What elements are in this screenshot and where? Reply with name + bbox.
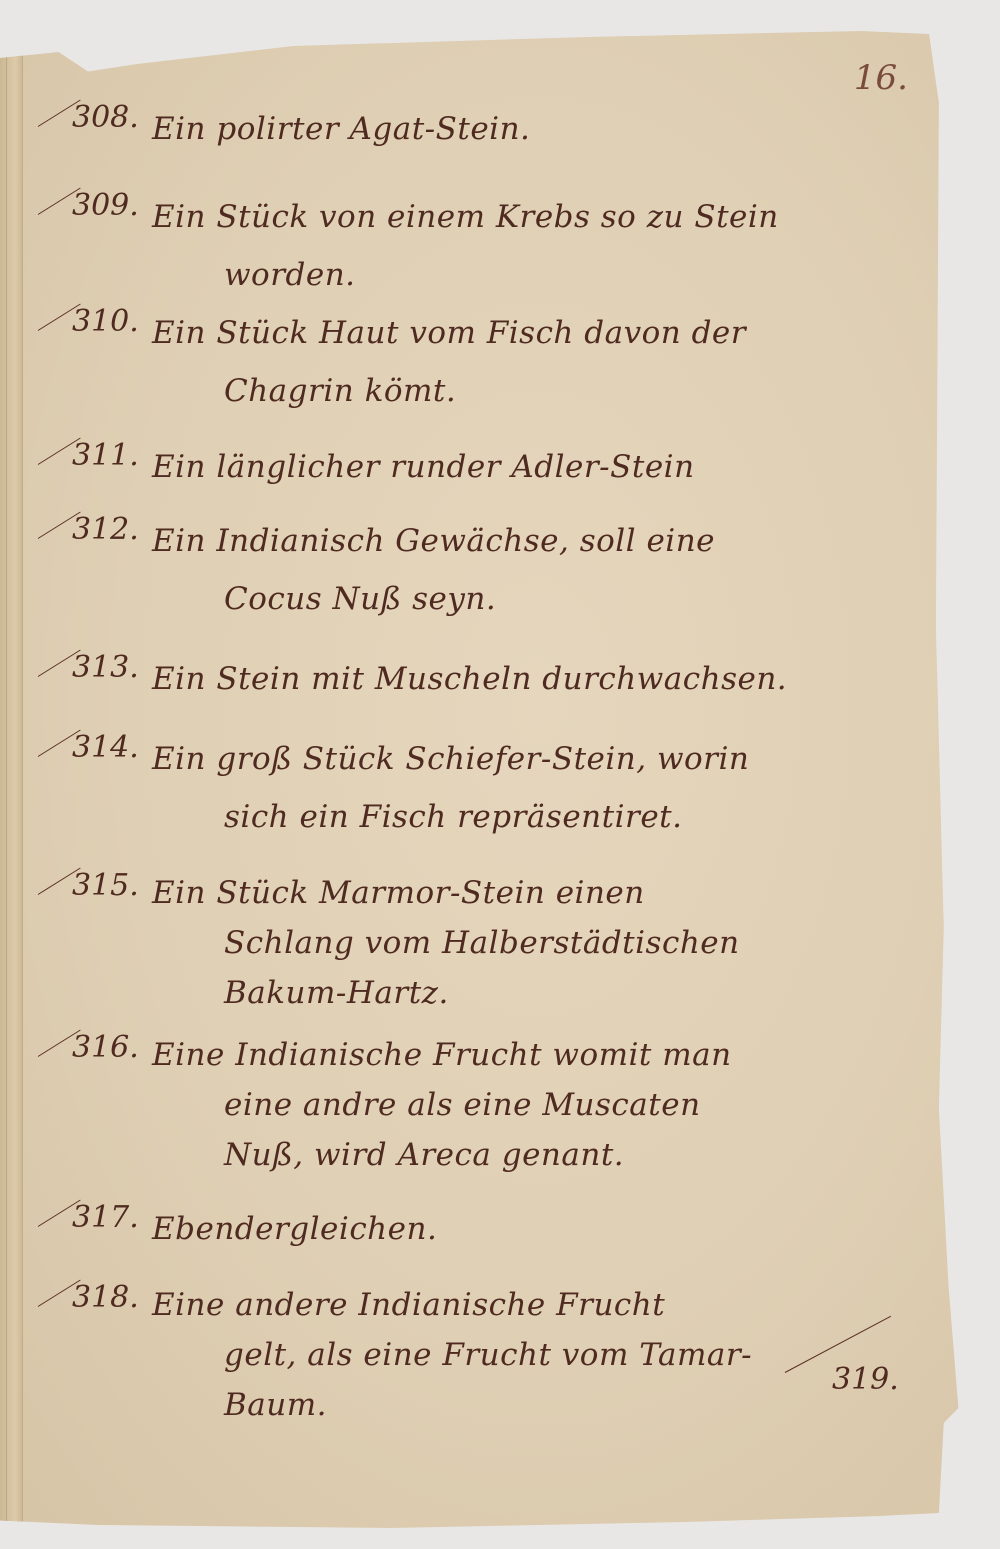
entry-line: Ein polirter Agat-Stein. [152,111,530,147]
entry-text: Ein Stück Haut vom Fisch davon der Chagr… [152,304,932,420]
entry-line: Ebendergleichen. [152,1211,437,1247]
entry-line: Ein Stück von einem Krebs so zu Stein [152,199,779,235]
entry-line: Ein länglicher runder Adler-Stein [152,449,695,485]
entry-317: 317. Ebendergleichen. [72,1200,932,1280]
entry-311: 311. Ein länglicher runder Adler-Stein [72,438,932,512]
entry-line: Ein Stück Marmor-Stein einen [152,875,645,911]
entry-line: Nuß, wird Areca genant. [152,1130,932,1180]
page-number: 16. [854,58,908,98]
entry-number: 311. [72,438,147,473]
fold-line [6,28,7,1528]
entry-text: Ebendergleichen. [152,1200,932,1258]
entry-text: Ein Stück von einem Krebs so zu Stein wo… [152,188,932,304]
entry-text: Ein polirter Agat-Stein. [152,100,932,158]
entry-315: 315. Ein Stück Marmor-Stein einen Schlan… [72,868,932,1030]
entry-310: 310. Ein Stück Haut vom Fisch davon der … [72,304,932,438]
entry-text: Ein länglicher runder Adler-Stein [152,438,932,496]
entry-number: 308. [72,100,147,135]
entry-line: Baum. [152,1380,932,1430]
entry-text: Ein Stein mit Muscheln durchwachsen. [152,650,932,708]
entry-number: 314. [72,730,147,765]
entry-line: Ein Indianisch Gewächse, soll eine [152,523,715,559]
entry-number: 315. [72,868,147,903]
entry-number: 310. [72,304,147,339]
entry-312: 312. Ein Indianisch Gewächse, soll eine … [72,512,932,650]
entry-line: worden. [152,246,932,304]
entry-line: Ein groß Stück Schiefer-Stein, worin [152,741,749,777]
entry-line: Ein Stein mit Muscheln durchwachsen. [152,661,787,697]
entry-number: 312. [72,512,147,547]
entry-line: Schlang vom Halberstädtischen [152,918,932,968]
entry-318: 318. Eine andere Indianische Frucht gelt… [72,1280,932,1440]
entry-line: Eine andere Indianische Frucht [152,1287,665,1323]
entry-number: 313. [72,650,147,685]
entry-number: 316. [72,1030,147,1065]
entry-list: 308. Ein polirter Agat-Stein. 309. Ein S… [72,100,932,1440]
entry-line: Ein Stück Haut vom Fisch davon der [152,315,746,351]
entry-314: 314. Ein groß Stück Schiefer-Stein, wori… [72,730,932,868]
entry-text: Ein groß Stück Schiefer-Stein, worin sic… [152,730,932,846]
entry-line: eine andre als eine Muscaten [152,1080,932,1130]
entry-309: 309. Ein Stück von einem Krebs so zu Ste… [72,188,932,304]
entry-number: 309. [72,188,147,223]
entry-number: 317. [72,1200,147,1235]
entry-number: 318. [72,1280,147,1315]
entry-line: sich ein Fisch repräsentiret. [152,788,932,846]
entry-308: 308. Ein polirter Agat-Stein. [72,100,932,188]
entry-text: Ein Stück Marmor-Stein einen Schlang vom… [152,868,932,1018]
entry-line: Bakum-Hartz. [152,968,932,1018]
entry-text: Eine Indianische Frucht womit man eine a… [152,1030,932,1180]
entry-313: 313. Ein Stein mit Muscheln durchwachsen… [72,650,932,730]
entry-line: Eine Indianische Frucht womit man [152,1037,732,1073]
binding-gutter [0,28,23,1528]
catchword-next-entry: 319. [832,1362,899,1397]
entry-line: Chagrin kömt. [152,362,932,420]
entry-316: 316. Eine Indianische Frucht womit man e… [72,1030,932,1200]
entry-text: Ein Indianisch Gewächse, soll eine Cocus… [152,512,932,628]
entry-line: Cocus Nuß seyn. [152,570,932,628]
